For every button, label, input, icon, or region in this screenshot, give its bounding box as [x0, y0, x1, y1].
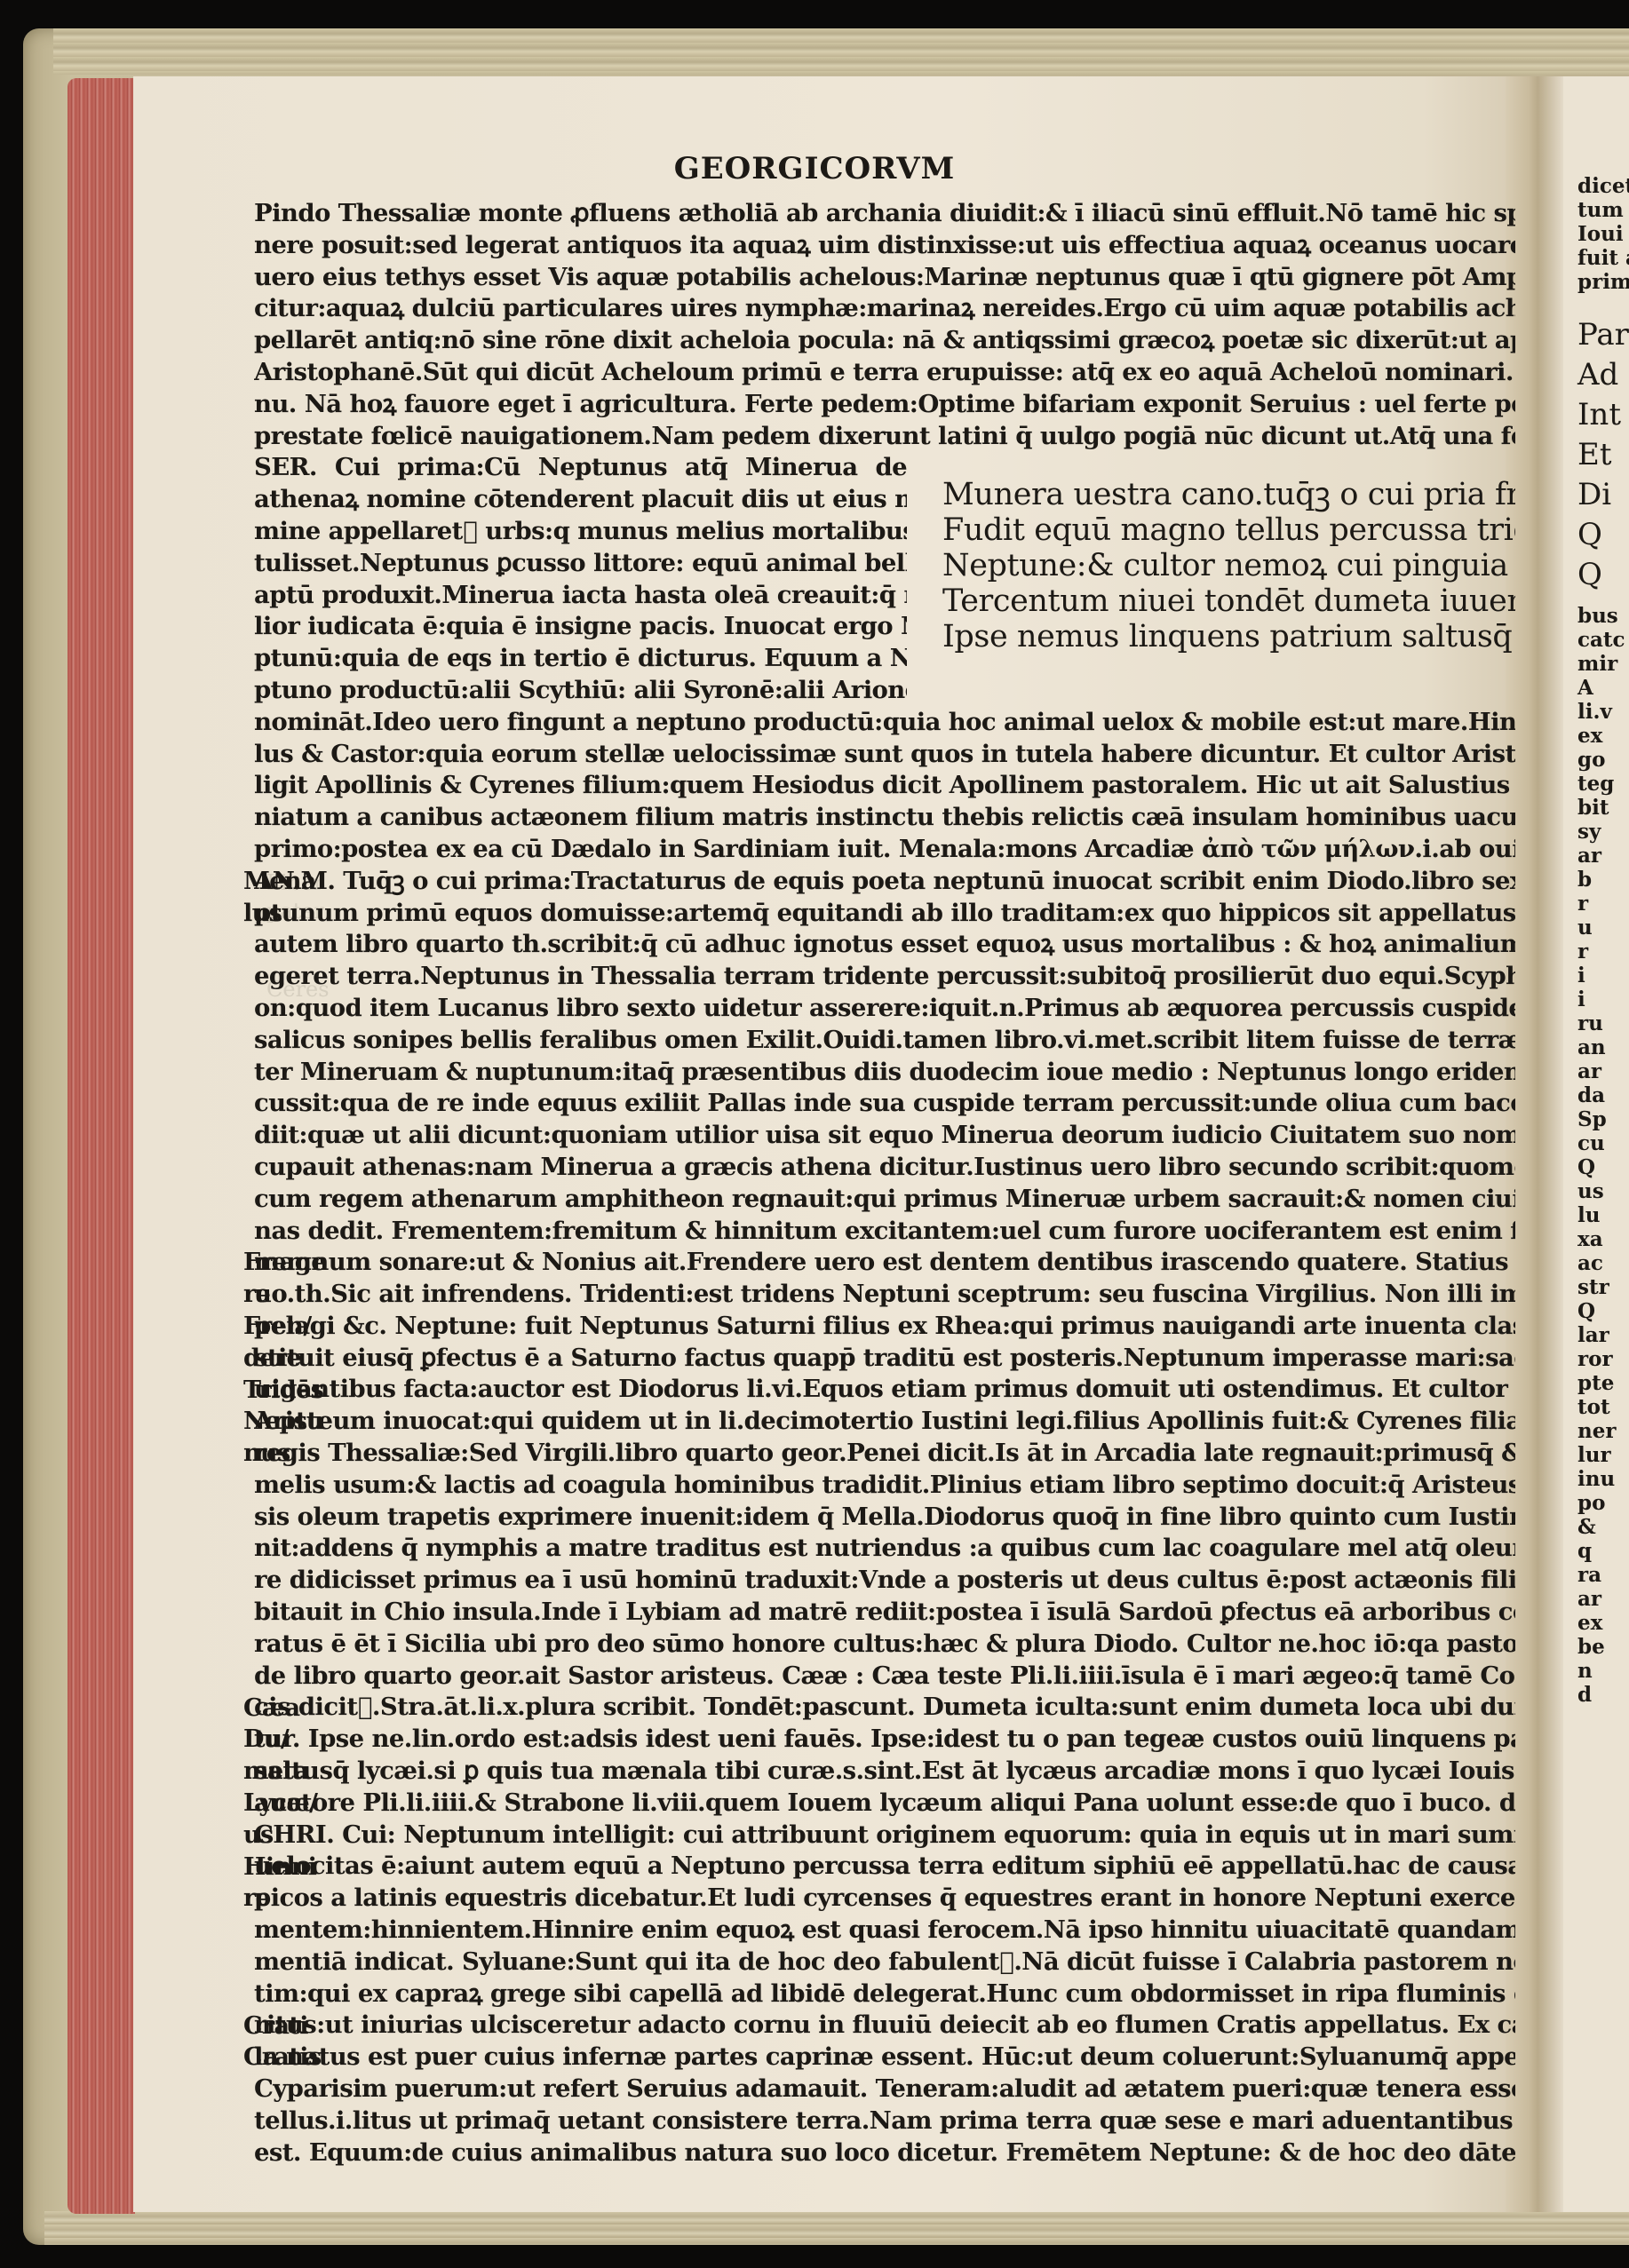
facing-line: ar: [1577, 1587, 1629, 1611]
text-line: AN.M. Tuq̄ꝫ o cui prima:Tractaturus de e…: [254, 866, 1515, 898]
margin-note: us: [243, 1820, 274, 1852]
verse-line: Ipse nemus linquens patrium saltusq̄ lyc…: [907, 619, 1515, 654]
margin-note: Tridēs: [243, 1375, 323, 1407]
text-line: uero eius tethys esset Vis aquæ potabili…: [254, 262, 1515, 294]
facing-verse-line: Et: [1577, 435, 1629, 475]
facing-verse-line: Ad: [1577, 355, 1629, 395]
facing-line: us: [1577, 1179, 1629, 1203]
facing-line: &: [1577, 1515, 1629, 1539]
facing-line: da: [1577, 1083, 1629, 1107]
text-line: bitauit in Chio insula.Inde ī Lybiam ad …: [254, 1597, 1515, 1629]
text-line: mentiā indicat. Syluane:Sunt qui ita de …: [254, 1947, 1515, 1979]
facing-line: lu: [1577, 1203, 1629, 1227]
commentary-column: SER. Cui prima:Cū Neptunus atq̄ Minerua …: [254, 452, 907, 706]
text-line: on:quod item Lucanus libro sexto uidetur…: [254, 993, 1515, 1025]
text-line: ratus ē ēt ī Sicilia ubi pro deo sūmo ho…: [254, 1629, 1515, 1661]
facing-line: Ioui e: [1577, 222, 1629, 246]
margin-note: dere: [243, 1343, 301, 1375]
two-column-section: SER. Cui prima:Cū Neptunus atq̄ Minerua …: [254, 452, 1515, 706]
text-line: diit:quæ ut alii dicunt:quoniam utilior …: [254, 1120, 1515, 1152]
text-line: cum regem athenarum amphitheon regnauit:…: [254, 1184, 1515, 1216]
text-line: tur. Ipse ne.lin.ordo est:adsis idest ue…: [254, 1724, 1515, 1756]
facing-line: ex: [1577, 724, 1629, 748]
facing-line: ror: [1577, 1347, 1629, 1371]
margin-note: re: [243, 1883, 270, 1915]
text-line: est. Equum:de cuius animalibus natura su…: [254, 2137, 1515, 2169]
text-line: stituit eiusq̄ ꝑfectus ē a Saturno factu…: [254, 1343, 1515, 1375]
commentary-line: mine appellaretᷣ urbs:q munus melius mor…: [254, 516, 907, 548]
facing-page-verse: ParAdIntEtDiQQ: [1577, 315, 1629, 595]
facing-line: ner: [1577, 1419, 1629, 1443]
facing-line: bit: [1577, 796, 1629, 820]
facing-page-commentary: buscatcmir Ali.vexgotegbitsyarbruriiruan…: [1577, 604, 1629, 1707]
facing-line: A: [1577, 676, 1629, 700]
margin-note: Fren/: [243, 1311, 312, 1343]
facing-line: ac: [1577, 1251, 1629, 1275]
text-line: cupauit athenas:nam Minerua a græcis ath…: [254, 1152, 1515, 1184]
facing-line: catc: [1577, 628, 1629, 652]
facing-page-text: dicetutum AIoui efuit alprim ParAdIntEtD…: [1577, 174, 1629, 1707]
facing-line: prim: [1577, 270, 1629, 294]
facing-line: bus: [1577, 604, 1629, 628]
facing-line: go: [1577, 748, 1629, 772]
text-line: autem libro quarto th.scribit:q̄ cū adhu…: [254, 929, 1515, 961]
verse-line: Fudit equū magno tellus percussa trident…: [907, 512, 1515, 548]
commentary-line: lior iudicata ē:quia ē insigne pacis. In…: [254, 611, 907, 643]
facing-line: r: [1577, 940, 1629, 964]
text-line: re didicisset primus ea ī usū hominū tra…: [254, 1565, 1515, 1597]
text-line: tim:qui ex capraꝝ grege sibi capellā ad …: [254, 1979, 1515, 2010]
margin-note: nus: [243, 1438, 290, 1470]
verse-line: Neptune:& cultor nemoꝝ cui pinguia cææ: [907, 548, 1515, 583]
facing-line: lar: [1577, 1323, 1629, 1347]
facing-line: teg: [1577, 772, 1629, 796]
facing-line: i: [1577, 987, 1629, 1011]
facing-line: q: [1577, 1539, 1629, 1563]
facing-line: pte: [1577, 1371, 1629, 1395]
text-line: citur:aquaꝝ dulciū particulares uires ny…: [254, 293, 1515, 325]
facing-line: Sp: [1577, 1107, 1629, 1131]
margin-note: Mena: [243, 866, 316, 898]
text-line: pellarēt antiq:nō sine rōne dixit achelo…: [254, 325, 1515, 357]
facing-verse-line: Di: [1577, 475, 1629, 515]
margin-note: re: [243, 1279, 270, 1311]
text-line: saltusq̄ lycæi.si ꝑ quis tua mænala tibi…: [254, 1756, 1515, 1788]
text-line: ritus:ut iniurias ulcisceretur adacto co…: [254, 2010, 1515, 2042]
text-line: ptunum primū equos domuisse:artemq̄ equi…: [254, 898, 1515, 930]
facing-line: r: [1577, 892, 1629, 916]
margin-note: Neptu: [243, 1406, 323, 1438]
verse-line: Munera uestra cano.tuq̄ꝫ o cui pria frem…: [907, 477, 1515, 512]
main-text-bottom: nomināt.Ideo uero fingunt a neptuno prod…: [254, 707, 1515, 2169]
text-line: picos a latinis equestris dicebatur.Et l…: [254, 1883, 1515, 1915]
facing-line: fuit al: [1577, 246, 1629, 270]
margin-note: meta: [243, 1756, 308, 1788]
text-line: ligit Apollinis & Cyrenes filium:quem He…: [254, 770, 1515, 802]
verse-column: Munera uestra cano.tuq̄ꝫ o cui pria frem…: [907, 452, 1515, 706]
text-line: nere posuit:sed legerat antiquos ita aqu…: [254, 230, 1515, 262]
margin-note: Cæa: [243, 1693, 300, 1725]
text-line: cussit:qua de re inde equus exiliit Pall…: [254, 1088, 1515, 1120]
text-line: mentem:hinnientem.Hinnire enim equoꝝ est…: [254, 1915, 1515, 1947]
facing-line: lur: [1577, 1443, 1629, 1467]
main-text-block: Pindo Thessaliæ monte ꝓfluens ætholiā ab…: [254, 198, 1515, 2169]
facing-line: b: [1577, 868, 1629, 892]
facing-line: inu: [1577, 1467, 1629, 1491]
margin-note: Du/: [243, 1724, 289, 1756]
running-head: GEORGICORVM: [0, 151, 1629, 186]
facing-line: po: [1577, 1491, 1629, 1515]
margin-note: Hinni: [243, 1852, 316, 1883]
facing-verse-line: Int: [1577, 395, 1629, 435]
text-line: la natus est puer cuius infernæ partes c…: [254, 2042, 1515, 2074]
text-line: ter Mineruam & nuptunum:itaq̄ præsentibu…: [254, 1057, 1515, 1089]
facing-page-top-lines: dicetutum AIoui efuit alprim: [1577, 174, 1629, 294]
text-line: nomināt.Ideo uero fingunt a neptuno prod…: [254, 707, 1515, 739]
facing-line: xa: [1577, 1227, 1629, 1251]
facing-line: ar: [1577, 1059, 1629, 1083]
facing-verse-line: Q: [1577, 515, 1629, 555]
facing-verse-line: Par: [1577, 315, 1629, 355]
binding-bottom-edge: [44, 2211, 1629, 2245]
facing-line: be: [1577, 1635, 1629, 1659]
text-line: sis oleum trapetis exprimere inuenit:ide…: [254, 1502, 1515, 1534]
text-line: nas dedit. Frementem:fremitum & hinnitum…: [254, 1216, 1515, 1248]
commentary-line: aptū produxit.Minerua iacta hasta oleā c…: [254, 580, 907, 612]
commentary-line: tulisset.Neptunus ꝑcusso littore: equū a…: [254, 548, 907, 580]
red-page-edges: [68, 78, 135, 2214]
text-line: lus & Castor:quia eorum stellæ uelocissi…: [254, 739, 1515, 771]
margin-note: Freme: [243, 1247, 326, 1279]
text-line: Aristophanē.Sūt qui dicūt Acheloum primū…: [254, 357, 1515, 389]
commentary-line: SER. Cui prima:Cū Neptunus atq̄ Minerua …: [254, 452, 907, 484]
margin-note: Lycæ/: [243, 1788, 317, 1820]
facing-line: i: [1577, 964, 1629, 987]
text-line: uo.th.Sic ait infrendens. Tridenti:est t…: [254, 1279, 1515, 1311]
text-line: salicus sonipes bellis feralibus omen Ex…: [254, 1025, 1515, 1057]
facing-line: tot: [1577, 1395, 1629, 1419]
facing-line: str: [1577, 1275, 1629, 1299]
facing-line: Q: [1577, 1299, 1629, 1323]
text-line: uigantibus facta:auctor est Diodorus li.…: [254, 1374, 1515, 1406]
text-line: auctore Pli.li.iiii.& Strabone li.viii.q…: [254, 1788, 1515, 1820]
text-line: prestate fœlicē nauigationem.Nam pedem d…: [254, 421, 1515, 453]
binding-top-edge: [53, 28, 1629, 75]
facing-line: n: [1577, 1659, 1629, 1683]
text-line: egeret terra.Neptunus in Thessalia terra…: [254, 961, 1515, 993]
margin-note: Crati: [243, 2010, 308, 2042]
text-line: CHRI. Cui: Neptunum intelligit: cui attr…: [254, 1820, 1515, 1852]
text-line: Aristeum inuocat:qui quidem ut in li.dec…: [254, 1406, 1515, 1438]
facing-line: ru: [1577, 1011, 1629, 1035]
commentary-line: ptuno productū:alii Scythiū: alii Syronē…: [254, 675, 907, 707]
facing-line: Q: [1577, 1155, 1629, 1179]
text-line: primo:postea ex ea cū Dædalo in Sardinia…: [254, 834, 1515, 866]
facing-verse-line: Q: [1577, 555, 1629, 595]
verse-line: Tercentum niuei tondēt dumeta iuuenci.: [907, 583, 1515, 619]
text-line: nu. Nā hoꝝ fauore eget ī agricultura. Fe…: [254, 389, 1515, 421]
facing-line: dicetu: [1577, 174, 1629, 198]
facing-line: d: [1577, 1683, 1629, 1707]
facing-line: ar: [1577, 844, 1629, 868]
text-line: tellus.i.litus ut primaq̄ uetant consist…: [254, 2105, 1515, 2137]
text-line: nit:addens q̄ nymphis a matre traditus e…: [254, 1533, 1515, 1565]
text-line: magnum sonare:ut & Nonius ait.Frendere u…: [254, 1247, 1515, 1279]
facing-line: tum A: [1577, 198, 1629, 222]
commentary-line: ptunū:quia de eqs in tertio ē dicturus. …: [254, 643, 907, 675]
text-line: Cyparisim puerum:ut refert Seruius adama…: [254, 2074, 1515, 2105]
facing-line: ra: [1577, 1563, 1629, 1587]
text-line: niatum a canibus actæonem filium matris …: [254, 802, 1515, 834]
text-line: Pindo Thessaliæ monte ꝓfluens ætholiā ab…: [254, 198, 1515, 230]
margin-note: lus: [243, 898, 282, 930]
text-line: uelocitas ē:aiunt autem equū a Neptuno p…: [254, 1851, 1515, 1883]
facing-line: an: [1577, 1035, 1629, 1059]
facing-line: u: [1577, 916, 1629, 940]
commentary-line: athenaꝝ nomine cōtenderent placuit diis …: [254, 484, 907, 516]
text-line: pelagi &c. Neptune: fuit Neptunus Saturn…: [254, 1311, 1515, 1343]
margin-note: Cratis: [243, 2042, 322, 2074]
text-line: melis usum:& lactis ad coagula hominibus…: [254, 1470, 1515, 1502]
text-line: cis dicitᷣ.Stra.āt.li.x.plura scribit. T…: [254, 1692, 1515, 1724]
facing-line: cu: [1577, 1131, 1629, 1155]
facing-line: li.v: [1577, 700, 1629, 724]
main-text-top: Pindo Thessaliæ monte ꝓfluens ætholiā ab…: [254, 198, 1515, 452]
facing-line: mir: [1577, 652, 1629, 676]
text-line: de libro quarto geor.ait Sastor aristeus…: [254, 1661, 1515, 1693]
facing-line: sy: [1577, 820, 1629, 844]
facing-line: ex: [1577, 1611, 1629, 1635]
text-line: regis Thessaliæ:Sed Virgili.libro quarto…: [254, 1438, 1515, 1470]
